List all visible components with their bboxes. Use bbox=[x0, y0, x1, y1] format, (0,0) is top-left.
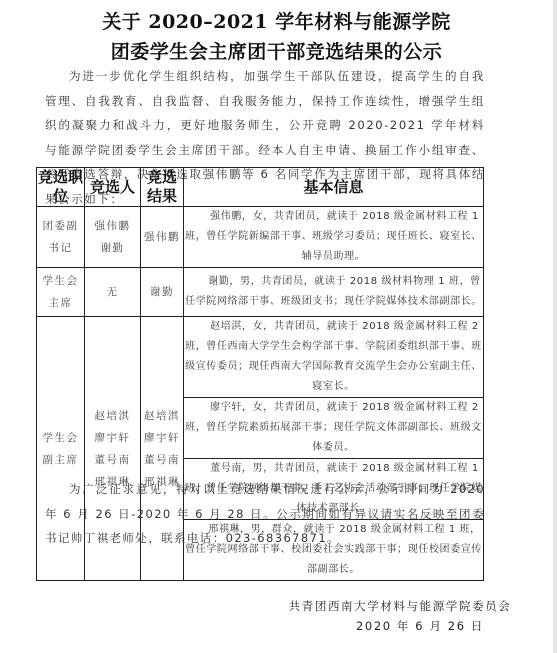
candidate-name: 赵培淇 bbox=[85, 405, 140, 427]
table-row: 团委副书记 强伟鹏 谢勤 强伟鹏 强伟鹏，女，共青团员，就读于 2018 级金属… bbox=[37, 207, 484, 268]
position-cell: 学生会主席 bbox=[37, 268, 85, 317]
elected-name: 强伟鹏 bbox=[141, 226, 183, 248]
closing-paragraph: 为广泛征求意见，特对以上竞选结果情况进行公示，公示时间为 2020 年 6 月 … bbox=[45, 477, 485, 551]
candidate-info: 强伟鹏，女，共青团员，就读于 2018 级金属材料工程 1 班，曾任学院新编部干… bbox=[184, 207, 483, 267]
elected-name: 谢勤 bbox=[141, 281, 183, 303]
signature-date: 2020 年 6 月 26 日 bbox=[300, 618, 540, 634]
info-cell: 谢勤，男，共青团员，就读于 2018 级材料物理 1 班，曾任学院网络部干事、班… bbox=[184, 268, 484, 317]
candidate-name: 强伟鹏 bbox=[85, 215, 140, 237]
elected-name: 廖宇轩 bbox=[141, 427, 183, 449]
candidate-info: 谢勤，男，共青团员，就读于 2018 级材料物理 1 班，曾任学院网络部干事、班… bbox=[184, 272, 483, 312]
page-edge-scrollbar bbox=[553, 0, 557, 653]
table-header-row: 竞选职位 竞选人 竞选结果 基本信息 bbox=[37, 168, 484, 207]
header-position: 竞选职位 bbox=[37, 168, 85, 207]
document-title-line-1: 关于 2020–2021 学年材料与能源学院 bbox=[0, 7, 553, 34]
document-title-line-2: 团委学生会主席团干部竞选结果的公示 bbox=[0, 37, 553, 64]
elected-name: 赵培淇 bbox=[141, 405, 183, 427]
result-cell: 谢勤 bbox=[141, 268, 184, 317]
candidate-name: 廖宇轩 bbox=[85, 427, 140, 449]
candidate-info: 赵培淇，女，共青团员，就读于 2018 级金属材料工程 2 班，曾任西南大学学生… bbox=[184, 317, 483, 397]
signature-organization: 共青团西南大学材料与能源学院委员会 bbox=[280, 598, 520, 614]
info-cell: 赵培淇，女，共青团员，就读于 2018 级金属材料工程 2 班，曾任西南大学学生… bbox=[184, 317, 483, 398]
candidates-cell: 强伟鹏 谢勤 bbox=[85, 207, 141, 268]
candidate-info: 廖宇轩，女，共青团员，就读于 2018 级金属材料工程 2 班，曾任学院素质拓展… bbox=[184, 398, 483, 458]
position-cell: 团委副书记 bbox=[37, 207, 85, 268]
result-cell: 强伟鹏 bbox=[141, 207, 184, 268]
table-row: 学生会主席 无 谢勤 谢勤，男，共青团员，就读于 2018 级材料物理 1 班，… bbox=[37, 268, 484, 317]
candidate-name: 董号南 bbox=[85, 449, 140, 471]
info-cell: 强伟鹏，女，共青团员，就读于 2018 级金属材料工程 1 班，曾任学院新编部干… bbox=[184, 207, 484, 268]
candidate-name: 无 bbox=[85, 281, 140, 303]
header-candidates: 竞选人 bbox=[85, 168, 141, 207]
info-cell: 廖宇轩，女，共青团员，就读于 2018 级金属材料工程 2 班，曾任学院素质拓展… bbox=[184, 398, 483, 459]
header-info: 基本信息 bbox=[184, 168, 484, 207]
candidates-cell: 无 bbox=[85, 268, 141, 317]
elected-name: 董号南 bbox=[141, 449, 183, 471]
header-result: 竞选结果 bbox=[141, 168, 184, 207]
candidate-name: 谢勤 bbox=[85, 237, 140, 259]
